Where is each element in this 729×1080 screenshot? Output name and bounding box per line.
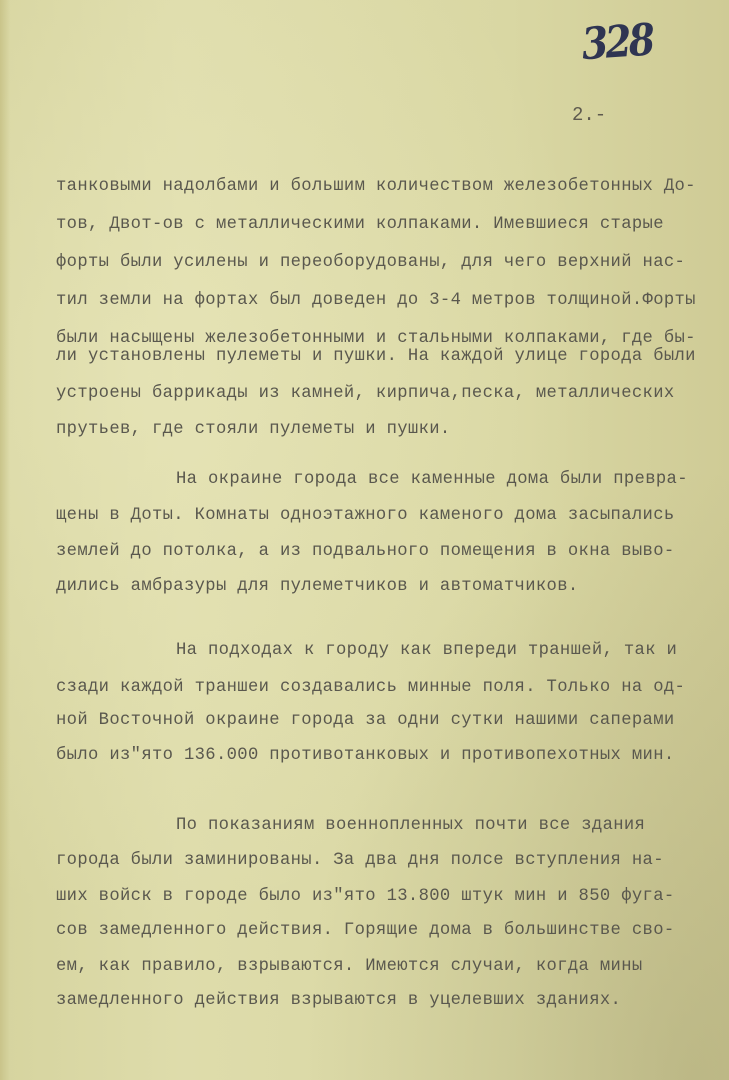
text-line: землей до потолка, а из подвального поме… <box>56 541 675 563</box>
text-line: ной Восточной окраине города за одни сут… <box>56 710 675 732</box>
text-line: щены в Доты. Комнаты одноэтажного камено… <box>56 505 675 527</box>
text-line: ем, как правило, взрываются. Имеются слу… <box>56 956 643 978</box>
text-line: сов замедленного действия. Горящие дома … <box>56 920 675 942</box>
text-line: По показаниям военнопленных почти все зд… <box>176 815 645 837</box>
paper-edge <box>0 0 10 1080</box>
text-line: На окраине города все каменные дома были… <box>176 469 688 491</box>
handwritten-archive-number: 328 <box>580 13 654 70</box>
text-line: дились амбразуры для пулеметчиков и авто… <box>56 576 579 598</box>
text-line: устроены баррикады из камней, кирпича,пе… <box>56 383 675 405</box>
text-line: прутьев, где стояли пулеметы и пушки. <box>56 419 451 441</box>
document-page: 328 2.- танковыми надолбами и большим ко… <box>0 0 729 1080</box>
text-line: тов, Двот-ов с металлическими колпаками.… <box>56 214 664 236</box>
text-line: тил земли на фортах был доведен до 3-4 м… <box>56 290 696 312</box>
text-line: города были заминированы. За два дня пол… <box>56 850 664 872</box>
text-line: было из"ято 136.000 противотанковых и пр… <box>56 745 675 767</box>
text-line: сзади каждой траншеи создавались минные … <box>56 677 685 699</box>
text-line: ли установлены пулеметы и пушки. На кажд… <box>56 346 696 368</box>
text-line: На подходах к городу как впереди траншей… <box>176 640 677 662</box>
text-line: замедленного действия взрываются в уцеле… <box>56 990 621 1012</box>
page-number: 2.- <box>572 104 606 126</box>
text-line: ших войск в городе было из"ято 13.800 шт… <box>56 886 675 908</box>
text-line: танковыми надолбами и большим количество… <box>56 176 696 198</box>
text-line: форты были усилены и переоборудованы, дл… <box>56 252 685 274</box>
